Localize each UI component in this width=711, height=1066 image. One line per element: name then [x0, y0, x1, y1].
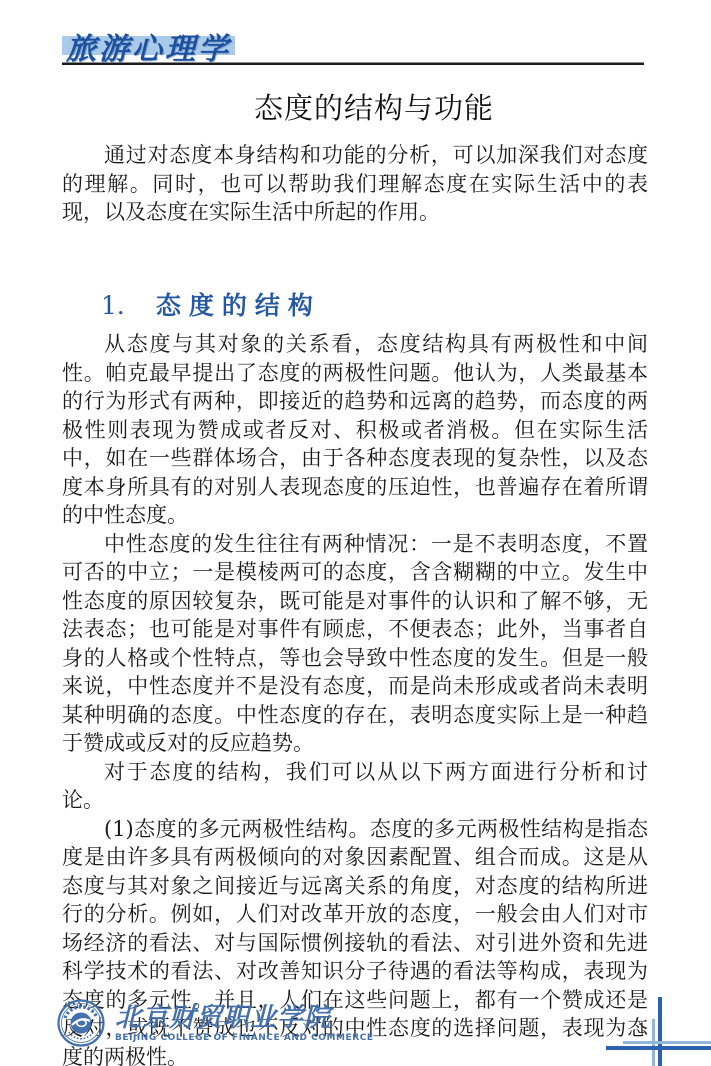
textbook-page: 旅游心理学 态度的结构与功能 通过对态度本身结构和功能的分析，可以加深我们对态度…	[0, 0, 711, 1066]
corner-horizontal-light-line	[623, 1041, 711, 1044]
corner-vertical-dark-line	[658, 997, 662, 1066]
college-name-block: 北京财贸职业学院 BEIJING COLLEGE OF FINANCE AND …	[115, 1004, 374, 1043]
college-name-zh: 北京财贸职业学院	[115, 1004, 374, 1032]
body-paragraph: 对于态度的结构，我们可以从以下两方面进行分析和讨论。	[62, 758, 648, 815]
body-paragraph: 从态度与其对象的关系看，态度结构具有两极性和中间性。帕克最早提出了态度的两极性问…	[62, 330, 648, 530]
corner-horizontal-dark-line	[606, 1046, 711, 1050]
book-title: 旅游心理学	[66, 24, 231, 68]
college-logo: 北京财贸职业学院 BEIJING COLLEGE OF FINANCE AND …	[56, 998, 374, 1048]
chapter-title: 态度的结构与功能	[62, 86, 648, 127]
intro-paragraph: 通过对态度本身结构和功能的分析，可以加深我们对态度的理解。同时，也可以帮助我们理…	[62, 141, 648, 227]
body-paragraph: 中性态度的发生往往有两种情况：一是不表明态度，不置可否的中立；一是模棱两可的态度…	[62, 530, 648, 758]
section-heading: 1．态度的结构	[101, 286, 321, 322]
college-name-en: BEIJING COLLEGE OF FINANCE AND COMMERCE	[115, 1033, 374, 1043]
college-seal-icon	[56, 998, 106, 1048]
section-body: 从态度与其对象的关系看，态度结构具有两极性和中间性。帕克最早提出了态度的两极性问…	[62, 330, 648, 1066]
section-number: 1．	[101, 291, 142, 320]
section-title: 态度的结构	[156, 291, 321, 320]
page-number: 1	[634, 1021, 650, 1037]
